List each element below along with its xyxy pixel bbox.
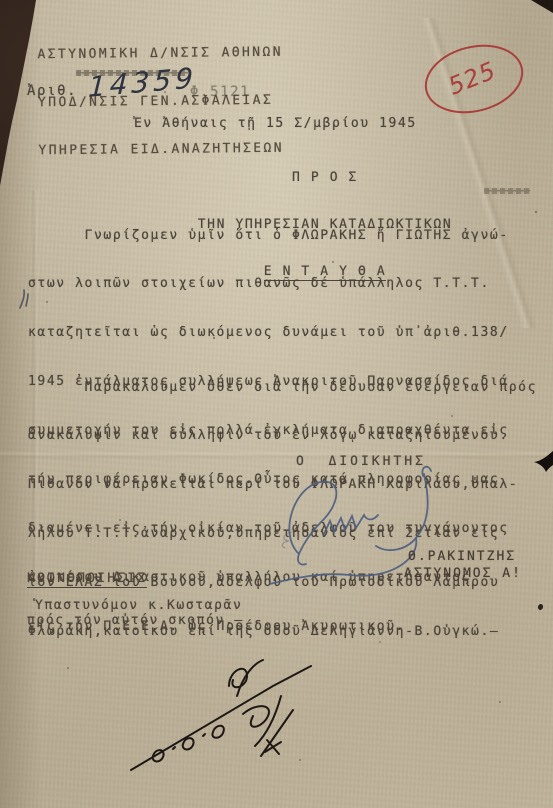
scanned-document: ΑΣΤΥΝΟΜΙΚΗ Δ/ΝΣΙΣ ΑΘΗΝΩΝ ΥΠΟΔ/ΝΣΙΣ ΓΕΝ.Α… [0,0,553,808]
body-line: ἀνακάλυψιν καί σύλληψιν τοῦ ἐν λόγῳ κατα… [28,428,537,444]
paper-blemish [537,603,544,610]
cancelled-stamp-fragment [484,188,530,194]
signatory-rank: ΑΣΤΥΝΟΜΟΣ Α! [404,566,522,581]
file-number: Φ.5121 [190,84,250,100]
ink-blot-right-edge [533,449,553,477]
paper-sheet: ΑΣΤΥΝΟΜΙΚΗ Δ/ΝΣΙΣ ΑΘΗΝΩΝ ΥΠΟΔ/ΝΣΙΣ ΓΕΝ.Α… [0,0,553,808]
notification-line-2: πρός τόν αὐτόν σκοπόν.— [27,613,244,628]
red-circle-number: 525 [444,56,500,100]
pencil-squiggle [278,530,296,550]
dateline: Ἐν Ἀθήναις τῇ 15 Σ/μβρίου 1945 [134,116,417,131]
signatory-name: Θ.ΡΑΚΙΝΤΖΗΣ [408,549,516,564]
notification-line-1: Ὑπαστυνόμον κ.Κωσταρᾶν [35,598,242,613]
protocol-number-label: Ἀριθ. [27,83,77,99]
body-line: Γνωρίζομεν ὑμῖν ὅτι ὁ ΦΛΩΡΑΚΗΣ ἤ ΓΙΩΤΗΣ … [28,228,509,244]
red-circle-annotation: 525 [418,35,531,123]
recipient-to: Π Ρ Ο Σ [170,170,480,186]
notification-heading: ΚΟΙΝΟΠΟΙΗΣΙΣ [27,571,147,588]
body-line: στων λοιπῶν στοιχείων πιθανῶς δέ ὑπάλληλ… [28,276,509,292]
notification-block: ΚΟΙΝΟΠΟΙΗΣΙΣ [27,567,147,586]
receipt-signature-black-ink [125,652,340,782]
letterhead-line-1: ΑΣΤΥΝΟΜΙΚΗ Δ/ΝΣΙΣ ΑΘΗΝΩΝ [37,45,283,64]
body-line: Παρακαλοῦμεν ὅθεν διά τήν δέουσαν ἐνέργε… [28,380,537,396]
body-line: καταζητεῖται ὡς διωκόμενος δυνάμει τοῦ ὑ… [28,325,509,341]
margin-pen-mark [18,288,30,310]
